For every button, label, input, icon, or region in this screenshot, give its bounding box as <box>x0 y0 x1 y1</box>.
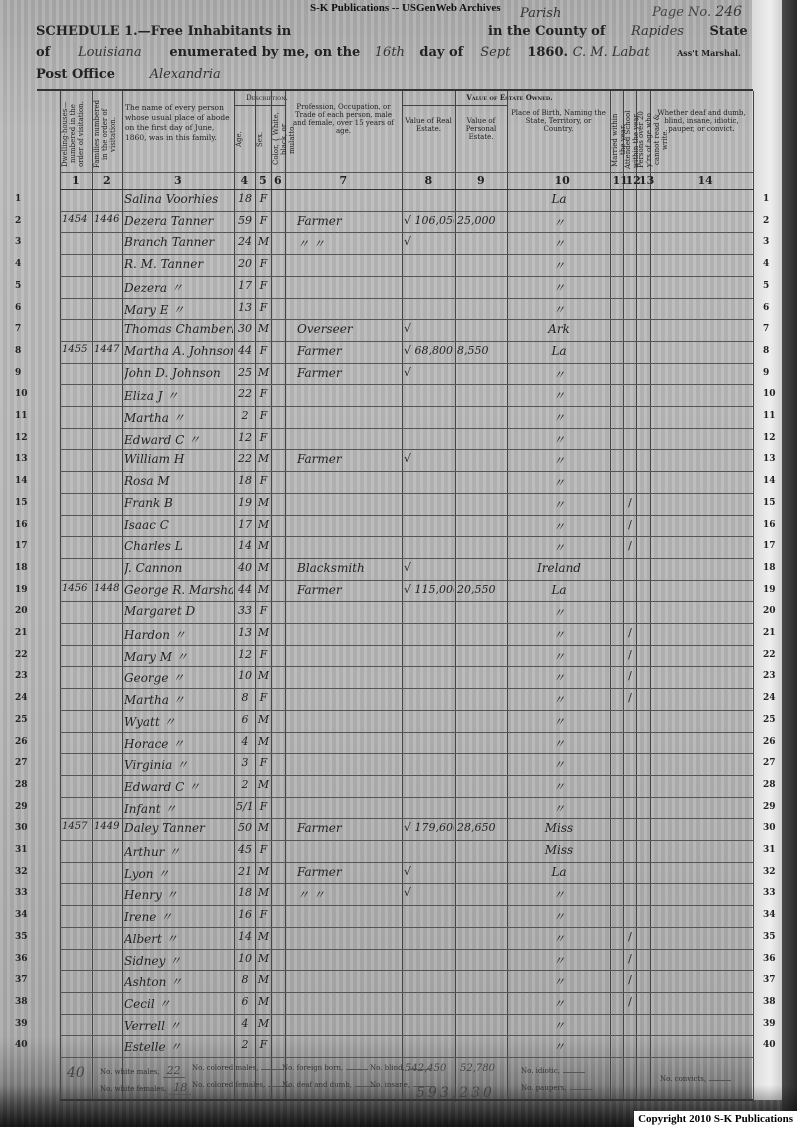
person-name: William H <box>124 452 233 466</box>
row-rule <box>60 363 753 364</box>
occupation-value: Farmer <box>287 865 411 879</box>
age-value: 21 <box>236 865 254 878</box>
row-rule <box>60 818 753 819</box>
birthplace-value: La <box>509 192 609 206</box>
column-header-13: Persons over 20 y'rs of age who cannot r… <box>637 109 649 171</box>
line-number-right: 2 <box>763 216 769 226</box>
birthplace-value: 〃 <box>509 648 609 665</box>
attended-school-mark: / <box>625 691 635 704</box>
white-males-label: No. white males, <box>100 1068 160 1076</box>
line-number-left: 37 <box>15 975 28 985</box>
marshal-label: Ass't Marshal. <box>677 48 741 58</box>
real-estate-value: √ <box>404 235 454 248</box>
county-line: in the County of Rapides State <box>488 24 748 39</box>
birthplace-value: 〃 <box>509 235 609 252</box>
row-rule <box>60 883 753 884</box>
line-number-left: 32 <box>15 867 28 877</box>
dwelling-number: 1455 <box>62 344 91 355</box>
person-name: Ashton 〃 <box>124 973 233 990</box>
family-number: 1446 <box>94 214 121 225</box>
birthplace-value: 〃 <box>509 518 609 535</box>
convicts-label: No. convicts, <box>660 1075 706 1083</box>
white-females-value: 18 <box>169 1081 191 1095</box>
line-number-left: 19 <box>15 585 28 595</box>
age-value: 2 <box>236 409 254 422</box>
white-males: No. white males,22 <box>100 1064 185 1078</box>
sex-value: M <box>257 669 270 682</box>
age-value: 45 <box>236 843 254 856</box>
line-number-right: 24 <box>763 693 776 703</box>
column-number-5: 5 <box>259 174 267 187</box>
occupation-value: Farmer <box>287 214 411 228</box>
column-header-4: Age. <box>235 109 254 169</box>
column-header-6: Color, { White, black, or mulatto. <box>272 109 284 169</box>
sex-value: M <box>257 235 270 248</box>
age-value: 5/12 <box>236 800 254 813</box>
real-estate-value: √ 68,800 <box>404 344 454 357</box>
line-number-left: 33 <box>15 888 28 898</box>
sex-value: M <box>257 496 270 509</box>
line-number-left: 5 <box>15 281 21 291</box>
personal-estate-value: 28,650 <box>457 821 506 834</box>
person-name: Virginia 〃 <box>124 756 233 773</box>
sex-value: F <box>257 843 270 856</box>
enumerated-label: enumerated by me, on the <box>169 45 360 60</box>
line-number-right: 11 <box>763 411 776 421</box>
age-value: 44 <box>236 583 254 596</box>
birthplace-value: 〃 <box>509 800 609 817</box>
person-name: Eliza J 〃 <box>124 387 233 404</box>
age-value: 24 <box>236 235 254 248</box>
paupers-value <box>570 1089 592 1090</box>
line-number-right: 12 <box>763 433 776 443</box>
idiotic: No. idiotic, <box>521 1067 585 1075</box>
sex-value: M <box>257 995 270 1008</box>
line-number-right: 19 <box>763 585 776 595</box>
row-rule <box>60 1035 753 1036</box>
age-value: 13 <box>236 301 254 314</box>
line-number-left: 28 <box>15 780 28 790</box>
person-name: Infant 〃 <box>124 800 233 817</box>
column-rule <box>636 91 637 1102</box>
row-rule <box>60 862 753 863</box>
attended-school-mark: / <box>625 496 635 509</box>
person-name: Mary M 〃 <box>124 648 233 665</box>
real-estate-value: √ <box>404 452 454 465</box>
row-rule <box>60 797 753 798</box>
birthplace-value: 〃 <box>509 995 609 1012</box>
column-number-3: 3 <box>174 174 182 187</box>
line-number-left: 11 <box>15 411 28 421</box>
county-value: Rapides <box>610 24 705 39</box>
person-name: George R. Marshall <box>124 583 233 597</box>
age-value: 44 <box>236 344 254 357</box>
column-rule <box>507 91 508 1102</box>
column-rule <box>285 91 286 1102</box>
row-rule <box>60 601 753 602</box>
attended-school-mark: / <box>625 626 635 639</box>
line-number-right: 14 <box>763 476 776 486</box>
birthplace-value: 〃 <box>509 604 609 621</box>
sex-value: F <box>257 1038 270 1051</box>
line-number-right: 6 <box>763 303 769 313</box>
age-value: 40 <box>236 561 254 574</box>
column-header-3: The name of every person whose usual pla… <box>125 103 231 143</box>
sex-value: F <box>257 604 270 617</box>
line-number-left: 21 <box>15 628 28 638</box>
age-value: 12 <box>236 431 254 444</box>
sex-value: F <box>257 214 270 227</box>
row-rule <box>60 471 753 472</box>
birthplace-value: 〃 <box>509 930 609 947</box>
line-number-left: 17 <box>15 541 28 551</box>
year-value: 1860. <box>527 45 568 60</box>
line-number-right: 35 <box>763 932 776 942</box>
line-number-left: 14 <box>15 476 28 486</box>
age-value: 2 <box>236 778 254 791</box>
age-value: 20 <box>236 257 254 270</box>
column-number-4: 4 <box>241 174 249 187</box>
birthplace-value: 〃 <box>509 496 609 513</box>
sex-value: F <box>257 800 270 813</box>
day-value: 16th <box>365 45 415 60</box>
age-value: 3 <box>236 756 254 769</box>
birthplace-value: 〃 <box>509 952 609 969</box>
age-value: 25 <box>236 366 254 379</box>
age-value: 33 <box>236 604 254 617</box>
page-number: Page No. 246 <box>652 4 742 20</box>
column-rule <box>92 91 93 1102</box>
line-number-right: 17 <box>763 541 776 551</box>
person-name: Branch Tanner <box>124 235 233 249</box>
idiotic-value <box>563 1072 585 1073</box>
occupation-value: 〃 〃 <box>287 886 411 903</box>
person-name: Salina Voorhies <box>124 192 233 206</box>
age-value: 18 <box>236 474 254 487</box>
column-number-1: 1 <box>72 174 80 187</box>
age-value: 10 <box>236 669 254 682</box>
line-number-right: 3 <box>763 237 769 247</box>
age-value: 10 <box>236 952 254 965</box>
dwelling-number: 1456 <box>62 583 91 594</box>
person-name: George 〃 <box>124 669 233 686</box>
sex-value: M <box>257 821 270 834</box>
column-number-7: 7 <box>340 174 348 187</box>
age-value: 18 <box>236 886 254 899</box>
sex-value: F <box>257 691 270 704</box>
person-name: Martha 〃 <box>124 409 233 426</box>
line-number-left: 40 <box>15 1040 28 1050</box>
post-office-line: Post Office Alexandria <box>36 67 221 82</box>
real-estate-value: √ 106,050 <box>404 214 454 227</box>
birthplace-value: 〃 <box>509 1017 609 1034</box>
sex-value: M <box>257 1017 270 1030</box>
line-number-left: 38 <box>15 997 28 1007</box>
line-number-right: 7 <box>763 324 769 334</box>
age-value: 17 <box>236 279 254 292</box>
blind-label: No. blind, <box>370 1064 405 1072</box>
age-value: 8 <box>236 691 254 704</box>
line-number-right: 36 <box>763 954 776 964</box>
real-estate-value: √ <box>404 865 454 878</box>
paupers: No. paupers, <box>521 1084 592 1092</box>
foreign-born: No. foreign born, <box>282 1064 368 1072</box>
attended-school-mark: / <box>625 518 635 531</box>
column-rule <box>255 91 256 1102</box>
deaf-and-dumb-label: No. deaf and dumb, <box>282 1081 352 1089</box>
person-name: Martha A. Johnson <box>124 344 233 358</box>
column-header-1: Dwelling-houses—numbered in the order of… <box>61 97 91 171</box>
person-name: Lyon 〃 <box>124 865 233 882</box>
occupation-value: Farmer <box>287 583 411 597</box>
row-rule <box>60 276 753 277</box>
line-number-left: 24 <box>15 693 28 703</box>
column-number-14: 14 <box>698 174 713 187</box>
age-value: 59 <box>236 214 254 227</box>
day-of-label: day of <box>419 45 463 60</box>
age-value: 19 <box>236 496 254 509</box>
page-number-value: 246 <box>715 4 742 20</box>
birthplace-value: Ireland <box>509 561 609 575</box>
family-number: 1448 <box>94 583 121 594</box>
birthplace-value: 〃 <box>509 431 609 448</box>
sex-value: M <box>257 952 270 965</box>
row-rule <box>60 319 753 320</box>
dwelling-number: 1454 <box>62 214 91 225</box>
age-value: 13 <box>236 626 254 639</box>
sex-value: F <box>257 192 270 205</box>
family-number: 1449 <box>94 821 121 832</box>
age-value: 16 <box>236 908 254 921</box>
column-header-11: Married within the year. <box>611 109 622 171</box>
real-estate-value: √ <box>404 561 454 574</box>
line-number-left: 36 <box>15 954 28 964</box>
dwelling-number: 1457 <box>62 821 91 832</box>
person-name: Wyatt 〃 <box>124 713 233 730</box>
real-estate-value: √ 179,600 <box>404 821 454 834</box>
person-name: Irene 〃 <box>124 908 233 925</box>
sex-value: F <box>257 908 270 921</box>
line-number-left: 34 <box>15 910 28 920</box>
line-number-left: 9 <box>15 368 21 378</box>
group-header-rule <box>234 105 285 106</box>
colored-females: No. colored females, <box>192 1081 290 1089</box>
column-number-13: 13 <box>639 174 654 187</box>
row-rule <box>60 666 753 667</box>
occupation-value: Farmer <box>287 344 411 358</box>
line-number-left: 18 <box>15 563 28 573</box>
real-estate-value: √ <box>404 366 454 379</box>
person-name: Henry 〃 <box>124 886 233 903</box>
row-rule <box>60 493 753 494</box>
line-number-left: 6 <box>15 303 21 313</box>
column-header-7: Profession, Occupation, or Trade of each… <box>288 103 399 135</box>
age-value: 30 <box>236 322 254 335</box>
sex-value: F <box>257 344 270 357</box>
column-header-2: Families numbered in the order of visita… <box>93 97 121 171</box>
paupers-label: No. paupers, <box>521 1084 567 1092</box>
sex-value: M <box>257 366 270 379</box>
occupation-value: Farmer <box>287 452 411 466</box>
line-number-right: 28 <box>763 780 776 790</box>
line-number-right: 31 <box>763 845 776 855</box>
line-number-right: 33 <box>763 888 776 898</box>
row-rule <box>60 710 753 711</box>
birthplace-value: 〃 <box>509 257 609 274</box>
line-number-right: 4 <box>763 259 769 269</box>
birthplace-value: 〃 <box>509 886 609 903</box>
line-number-right: 38 <box>763 997 776 1007</box>
birthplace-value: 〃 <box>509 301 609 318</box>
birthplace-value: 〃 <box>509 973 609 990</box>
colored-males: No. colored males, <box>192 1064 283 1072</box>
line-number-left: 15 <box>15 498 28 508</box>
sex-value: M <box>257 561 270 574</box>
parish-handwritten: Parish <box>520 6 561 21</box>
age-value: 50 <box>236 821 254 834</box>
sex-value: M <box>257 735 270 748</box>
deaf-and-dumb: No. deaf and dumb, <box>282 1081 377 1089</box>
birthplace-value: 〃 <box>509 778 609 795</box>
row-rule <box>60 645 753 646</box>
column-header-12: Attended School within the year. <box>624 109 635 171</box>
marshal-name: C. M. Labat <box>573 45 673 60</box>
row-rule <box>60 558 753 559</box>
person-name: Thomas Chamberlain <box>124 322 233 336</box>
line-number-left: 3 <box>15 237 21 247</box>
column-header-14: Whether deaf and dumb, blind, insane, id… <box>653 109 750 133</box>
birthplace-value: 〃 <box>509 713 609 730</box>
row-rule <box>60 732 753 733</box>
column-number-rule <box>60 189 753 190</box>
column-rule <box>610 91 611 1102</box>
row-rule <box>60 840 753 841</box>
column-number-10: 10 <box>555 174 570 187</box>
line-number-left: 10 <box>15 389 28 399</box>
birthplace-value: 〃 <box>509 908 609 925</box>
column-rule <box>753 91 754 1102</box>
group-header-rule <box>402 105 507 106</box>
birthplace-value: 〃 <box>509 474 609 491</box>
colored-females-label: No. colored females, <box>192 1081 265 1089</box>
age-value: 6 <box>236 713 254 726</box>
person-name: Charles L <box>124 539 233 553</box>
age-value: 18 <box>236 192 254 205</box>
sex-value: F <box>257 431 270 444</box>
line-number-left: 22 <box>15 650 28 660</box>
birthplace-value: 〃 <box>509 669 609 686</box>
row-rule <box>60 1057 753 1058</box>
person-name: Estelle 〃 <box>124 1038 233 1055</box>
convicts: No. convicts, <box>660 1075 731 1083</box>
grand-estate-total: 593,230 <box>416 1085 495 1101</box>
row-rule <box>60 449 753 450</box>
personal-estate-value: 8,550 <box>457 344 506 357</box>
column-rule <box>455 91 456 1102</box>
line-number-right: 5 <box>763 281 769 291</box>
age-value: 2 <box>236 1038 254 1051</box>
state-label: State <box>710 24 748 39</box>
personal-estate-value: 20,550 <box>457 583 506 596</box>
column-rule <box>122 91 123 1102</box>
line-number-right: 32 <box>763 867 776 877</box>
column-header-8: Value of Real Estate. <box>405 117 452 133</box>
birthplace-value: 〃 <box>509 1038 609 1055</box>
row-rule <box>60 580 753 581</box>
age-value: 22 <box>236 452 254 465</box>
census-page: S-K Publications -- USGenWeb Archives Pa… <box>0 0 797 1127</box>
line-number-right: 25 <box>763 715 776 725</box>
age-value: 14 <box>236 930 254 943</box>
sex-value: F <box>257 387 270 400</box>
row-rule <box>60 341 753 342</box>
line-number-left: 16 <box>15 520 28 530</box>
sex-value: M <box>257 865 270 878</box>
census-table: Description. Value of Estate Owned. Dwel… <box>37 89 753 1057</box>
foreign-born-label: No. foreign born, <box>282 1064 343 1072</box>
birthplace-value: Miss <box>509 843 609 857</box>
column-rule <box>271 91 272 1102</box>
line-number-right: 1 <box>763 194 769 204</box>
row-rule <box>60 515 753 516</box>
sex-value: F <box>257 279 270 292</box>
column-rule <box>60 91 61 1102</box>
white-males-value: 22 <box>163 1064 185 1078</box>
colored-males-value <box>261 1069 283 1070</box>
attended-school-mark: / <box>625 952 635 965</box>
line-number-right: 20 <box>763 606 776 616</box>
person-name: Isaac C <box>124 518 233 532</box>
colored-males-label: No. colored males, <box>192 1064 258 1072</box>
line-number-right: 26 <box>763 737 776 747</box>
occupation-value: Farmer <box>287 366 411 380</box>
line-number-right: 21 <box>763 628 776 638</box>
line-number-left: 31 <box>15 845 28 855</box>
person-name: Edward C 〃 <box>124 778 233 795</box>
line-number-right: 23 <box>763 671 776 681</box>
schedule-title: SCHEDULE 1.—Free Inhabitants in <box>36 24 291 39</box>
row-rule <box>60 949 753 950</box>
occupation-value: Overseer <box>287 322 411 336</box>
birthplace-value: 〃 <box>509 279 609 296</box>
line-number-right: 22 <box>763 650 776 660</box>
of-label: of <box>36 45 50 60</box>
person-name: Arthur 〃 <box>124 843 233 860</box>
person-name: Martha 〃 <box>124 691 233 708</box>
idiotic-label: No. idiotic, <box>521 1067 560 1075</box>
white-females-label: No. white females, <box>100 1085 166 1093</box>
birthplace-value: 〃 <box>509 626 609 643</box>
column-number-9: 9 <box>477 174 485 187</box>
person-name: J. Cannon <box>124 561 233 575</box>
line-number-right: 39 <box>763 1019 776 1029</box>
row-rule <box>60 970 753 971</box>
line-number-left: 30 <box>15 823 28 833</box>
row-rule <box>60 688 753 689</box>
summary-bottom-rule <box>60 1099 753 1101</box>
estate-group-header: Value of Estate Owned. <box>437 94 582 102</box>
line-number-right: 40 <box>763 1040 776 1050</box>
attended-school-mark: / <box>625 669 635 682</box>
birthplace-value: 〃 <box>509 735 609 752</box>
attended-school-mark: / <box>625 930 635 943</box>
line-number-left: 13 <box>15 454 28 464</box>
row-rule <box>60 927 753 928</box>
column-rule <box>234 91 235 1102</box>
line-number-right: 13 <box>763 454 776 464</box>
sex-value: M <box>257 322 270 335</box>
occupation-value: Farmer <box>287 821 411 835</box>
